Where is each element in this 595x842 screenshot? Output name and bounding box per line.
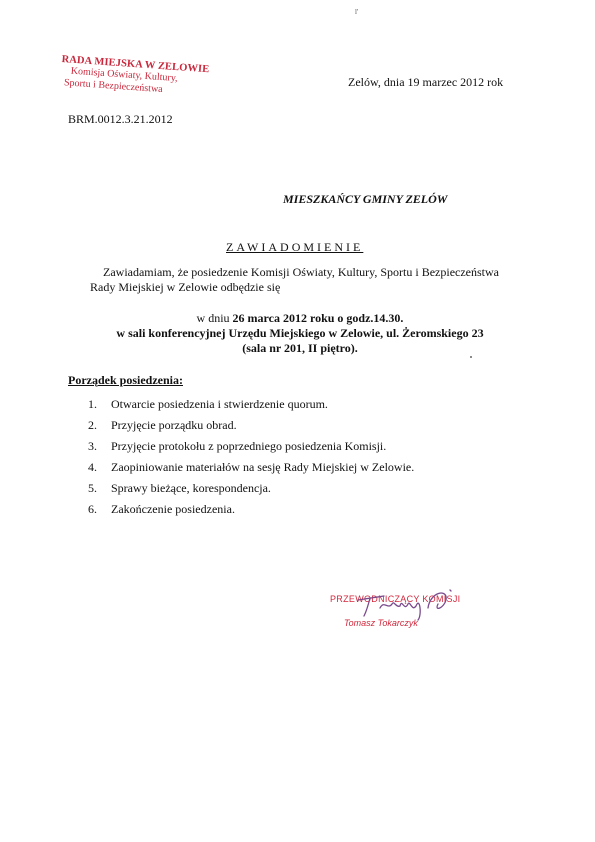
reference-number: BRM.0012.3.21.2012 xyxy=(68,112,173,127)
addressee: MIESZKAŃCY GMINY ZELÓW xyxy=(283,192,447,207)
meeting-room: (sala nr 201, II piętro). xyxy=(60,341,540,356)
agenda-item: 4.Zaopiniowanie materiałów na sesję Rady… xyxy=(88,460,414,481)
handwritten-signature-icon xyxy=(350,586,470,622)
agenda-item-text: Zaopiniowanie materiałów na sesję Rady M… xyxy=(111,460,414,481)
agenda-item-number: 4. xyxy=(88,460,111,481)
council-stamp: RADA MIEJSKA W ZELOWIE Komisja Oświaty, … xyxy=(60,54,210,99)
agenda-item: 6.Zakończenie posiedzenia. xyxy=(88,502,414,523)
intro-line-2: Rady Miejskiej w Zelowie odbędzie się xyxy=(90,280,550,295)
signature-block: PRZEWODNICZĄCY KOMISJI Tomasz Tokarczyk xyxy=(330,594,460,628)
agenda-item: 2.Przyjęcie porządku obrad. xyxy=(88,418,414,439)
date-line: Zelów, dnia 19 marzec 2012 rok xyxy=(348,75,503,90)
agenda-item-number: 1. xyxy=(88,397,111,418)
agenda-item-text: Przyjęcie porządku obrad. xyxy=(111,418,237,439)
agenda-item: 3.Przyjęcie protokołu z poprzedniego pos… xyxy=(88,439,414,460)
intro-paragraph: Zawiadamiam, że posiedzenie Komisji Oświ… xyxy=(90,265,550,295)
document-heading: ZAWIADOMIENIE xyxy=(226,240,363,255)
meeting-details: w dniu 26 marca 2012 roku o godz.14.30. … xyxy=(60,311,540,356)
agenda-item: 1.Otwarcie posiedzenia i stwierdzenie qu… xyxy=(88,397,414,418)
scan-speck xyxy=(470,356,472,358)
agenda-item-text: Otwarcie posiedzenia i stwierdzenie quor… xyxy=(111,397,328,418)
agenda-item-text: Przyjęcie protokołu z poprzedniego posie… xyxy=(111,439,386,460)
agenda-item-number: 2. xyxy=(88,418,111,439)
agenda-item-text: Zakończenie posiedzenia. xyxy=(111,502,235,523)
date-prefix: w dniu xyxy=(197,311,233,325)
meeting-date-line: w dniu 26 marca 2012 roku o godz.14.30. xyxy=(60,311,540,326)
agenda-item-number: 5. xyxy=(88,481,111,502)
agenda-item-number: 3. xyxy=(88,439,111,460)
scan-mark: l' xyxy=(355,8,358,16)
agenda-item-number: 6. xyxy=(88,502,111,523)
agenda-item-text: Sprawy bieżące, korespondencja. xyxy=(111,481,271,502)
agenda-list: 1.Otwarcie posiedzenia i stwierdzenie qu… xyxy=(88,397,414,523)
meeting-location: w sali konferencyjnej Urzędu Miejskiego … xyxy=(60,326,540,341)
agenda-title: Porządek posiedzenia: xyxy=(68,373,183,388)
intro-line-1: Zawiadamiam, że posiedzenie Komisji Oświ… xyxy=(90,265,550,280)
agenda-item: 5.Sprawy bieżące, korespondencja. xyxy=(88,481,414,502)
meeting-date-time: 26 marca 2012 roku o godz.14.30. xyxy=(233,311,404,325)
